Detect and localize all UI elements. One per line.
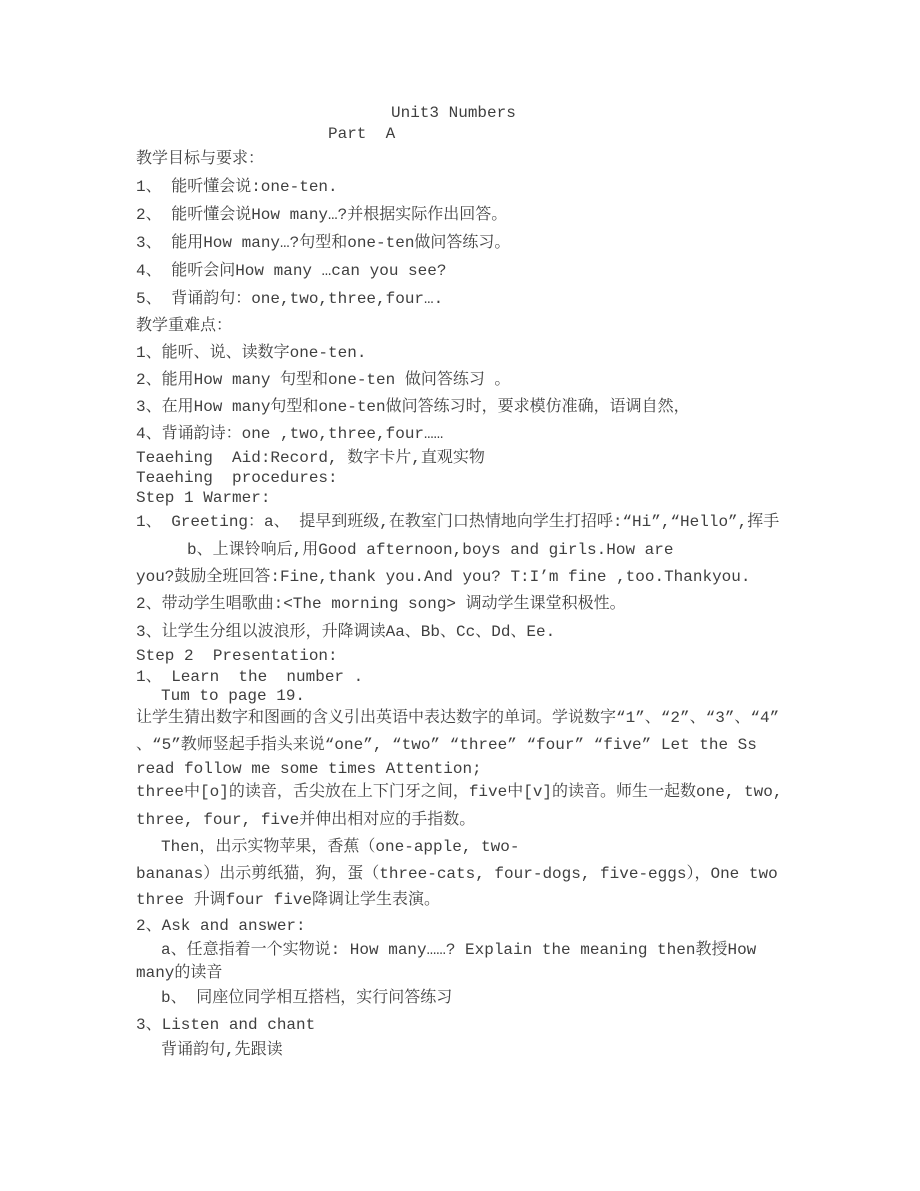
- doc-line: three 升调four five降调让学生表演。: [136, 887, 892, 913]
- doc-line: 3、在用How many句型和one-ten做问答练习时，要求模仿准确，语调自然…: [136, 394, 892, 421]
- doc-line: 1、能听、说、读数字one-ten.: [136, 340, 892, 367]
- doc-line: b、上课铃响后,用Good afternoon,boys and girls.H…: [136, 536, 892, 564]
- doc-line: 教学重难点：: [136, 313, 892, 340]
- doc-line: Then，出示实物苹果，香蕉（one-apple, two-: [136, 834, 892, 861]
- doc-line: 1、 Learn the number .: [136, 667, 892, 687]
- doc-line: 2、 能听懂会说How many…?并根据实际作出回答。: [136, 201, 892, 229]
- doc-line: three, four, five并伸出相对应的手指数。: [136, 806, 892, 834]
- doc-line: read follow me some times Attention;: [136, 759, 892, 779]
- doc-line: Tum to page 19.: [136, 687, 892, 706]
- doc-line: 背诵韵句,先跟读: [136, 1038, 892, 1062]
- doc-line: Step 1 Warmer:: [136, 488, 892, 508]
- doc-line: Part A: [136, 123, 892, 145]
- doc-line: three中[o]的读音，舌尖放在上下门牙之间，five中[v]的读音。师生一起…: [136, 779, 892, 806]
- doc-line: Teaehing Aid:Record, 数字卡片,直观实物: [136, 448, 892, 468]
- doc-line: 4、 能听会问How many …can you see?: [136, 257, 892, 285]
- doc-line: you?鼓励全班回答:Fine,thank you.And you? T:I’m…: [136, 564, 892, 591]
- doc-line: 2、带动学生唱歌曲:<The morning song> 调动学生课堂积极性。: [136, 591, 892, 618]
- doc-line: 教学目标与要求：: [136, 145, 892, 173]
- doc-line: Step 2 Presentation:: [136, 646, 892, 667]
- doc-line: b、 同座位同学相互搭档，实行问答练习: [136, 985, 892, 1012]
- doc-line: Unit3 Numbers: [136, 103, 892, 123]
- doc-line: 5、 背诵韵句：one,two,three,four….: [136, 285, 892, 313]
- document-body: Unit3 NumbersPart A教学目标与要求：1、 能听懂会说:one-…: [136, 103, 892, 1062]
- doc-line: 2、能用How many 句型和one-ten 做问答练习 。: [136, 367, 892, 394]
- doc-line: 、“5”教师竖起手指头来说“one”, “two” “three” “four”…: [136, 731, 892, 759]
- doc-line: bananas）出示剪纸猫，狗，蛋（three-cats, four-dogs,…: [136, 861, 892, 887]
- doc-line: 3、让学生分组以波浪形，升降调读Aa、Bb、Cc、Dd、Ee.: [136, 618, 892, 646]
- doc-line: 2、Ask and answer:: [136, 913, 892, 939]
- doc-line: Teaehing procedures:: [136, 468, 892, 488]
- doc-line: 1、 Greeting：a、 提早到班级,在教室门口热情地向学生打招呼:“Hi”…: [136, 508, 892, 536]
- doc-line: 4、背诵韵诗：one ,two,three,four……: [136, 421, 892, 448]
- document-page: Unit3 NumbersPart A教学目标与要求：1、 能听懂会说:one-…: [0, 0, 920, 1191]
- doc-line: a、任意指着一个实物说: How many……? Explain the mea…: [136, 939, 892, 961]
- doc-line: 3、Listen and chant: [136, 1012, 892, 1038]
- doc-line: 1、 能听懂会说:one-ten.: [136, 173, 892, 201]
- doc-line: 3、 能用How many…?句型和one-ten做问答练习。: [136, 229, 892, 257]
- doc-line: 让学生猜出数字和图画的含义引出英语中表达数字的单词。学说数字“1”、“2”、“3…: [136, 706, 892, 731]
- doc-line: many的读音: [136, 961, 892, 985]
